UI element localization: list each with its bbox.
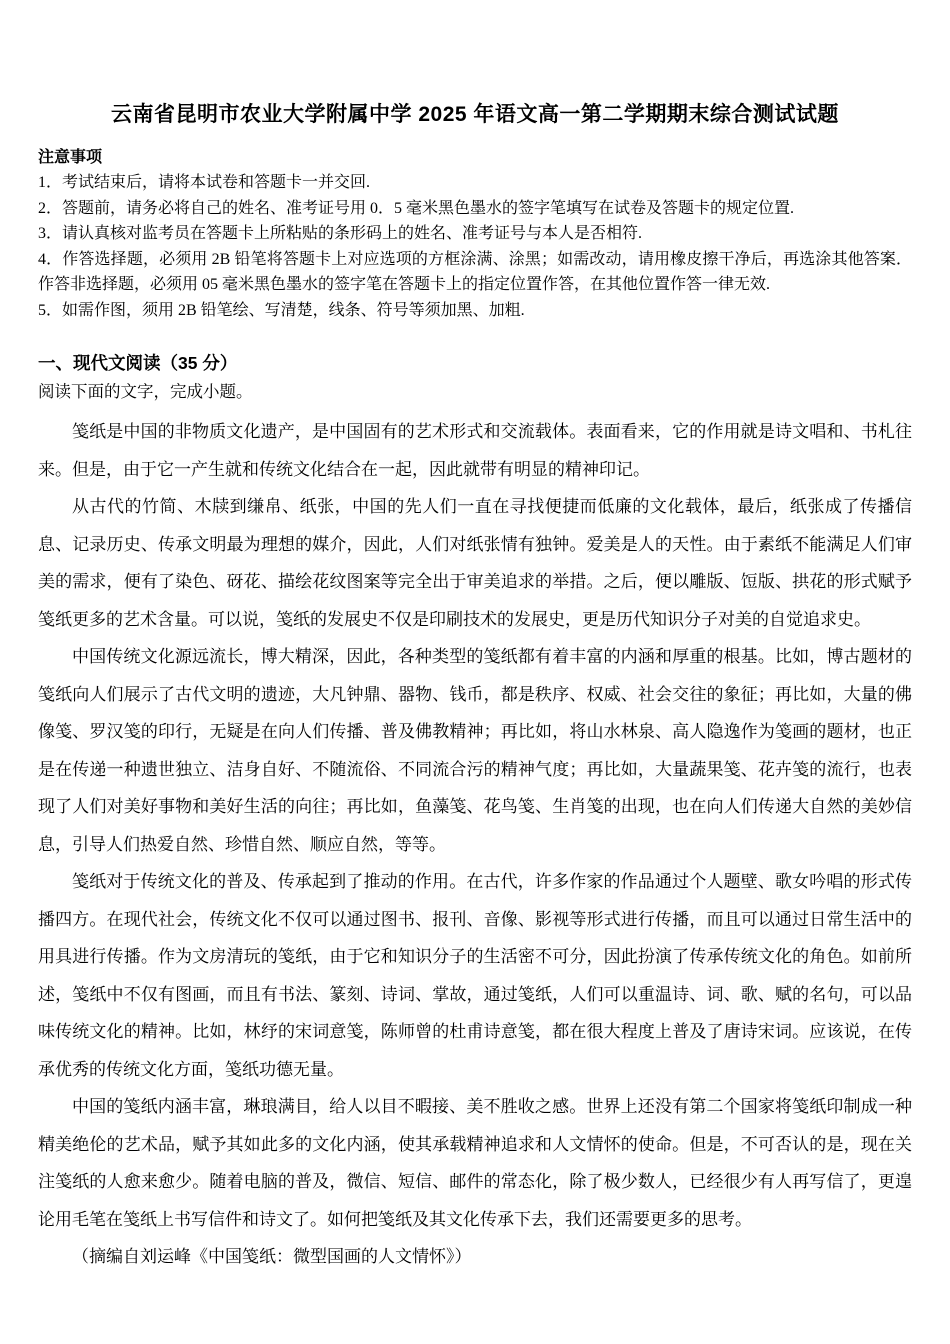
notice-item-1: 1．考试结束后，请将本试卷和答题卡一并交回. bbox=[38, 170, 912, 196]
notice-list: 1．考试结束后，请将本试卷和答题卡一并交回. 2．答题前，请务必将自己的姓名、准… bbox=[38, 170, 912, 323]
passage-paragraph-2: 从古代的竹简、木牍到缣帛、纸张，中国的先人们一直在寻找便捷而低廉的文化载体，最后… bbox=[38, 488, 912, 638]
notice-section: 注意事项 1．考试结束后，请将本试卷和答题卡一并交回. 2．答题前，请务必将自己… bbox=[38, 145, 912, 323]
passage-paragraph-1: 笺纸是中国的非物质文化遗产，是中国固有的艺术形式和交流载体。表面看来，它的作用就… bbox=[38, 413, 912, 488]
passage-paragraph-5: 中国的笺纸内涵丰富，琳琅满目，给人以目不暇接、美不胜收之感。世界上还没有第二个国… bbox=[38, 1088, 912, 1238]
passage-paragraph-3: 中国传统文化源远流长，博大精深，因此，各种类型的笺纸都有着丰富的内涵和厚重的根基… bbox=[38, 638, 912, 863]
section-heading: 一、现代文阅读（35 分） bbox=[38, 350, 912, 376]
notice-item-2: 2．答题前，请务必将自己的姓名、准考证号用 0．5 毫米黑色墨水的签字笔填写在试… bbox=[38, 196, 912, 222]
notice-heading: 注意事项 bbox=[38, 145, 912, 170]
passage-intro: 阅读下面的文字，完成小题。 bbox=[38, 379, 912, 405]
passage-paragraph-4: 笺纸对于传统文化的普及、传承起到了推动的作用。在古代，许多作家的作品通过个人题壁… bbox=[38, 863, 912, 1088]
page-title: 云南省昆明市农业大学附属中学 2025 年语文高一第二学期期末综合测试试题 bbox=[38, 100, 912, 130]
exam-paper-page: 云南省昆明市农业大学附属中学 2025 年语文高一第二学期期末综合测试试题 注意… bbox=[0, 0, 950, 1344]
passage-citation: （摘编自刘运峰《中国笺纸：微型国画的人文情怀》） bbox=[38, 1238, 912, 1276]
notice-item-3: 3．请认真核对监考员在答题卡上所粘贴的条形码上的姓名、准考证号与本人是否相符. bbox=[38, 221, 912, 247]
notice-item-4: 4．作答选择题，必须用 2B 铅笔将答题卡上对应选项的方框涂满、涂黑；如需改动，… bbox=[38, 247, 912, 298]
reading-passage: 笺纸是中国的非物质文化遗产，是中国固有的艺术形式和交流载体。表面看来，它的作用就… bbox=[38, 413, 912, 1276]
section-modern-text-reading: 一、现代文阅读（35 分） 阅读下面的文字，完成小题。 笺纸是中国的非物质文化遗… bbox=[38, 350, 912, 1276]
notice-item-5: 5．如需作图，须用 2B 铅笔绘、写清楚，线条、符号等须加黑、加粗. bbox=[38, 298, 912, 324]
